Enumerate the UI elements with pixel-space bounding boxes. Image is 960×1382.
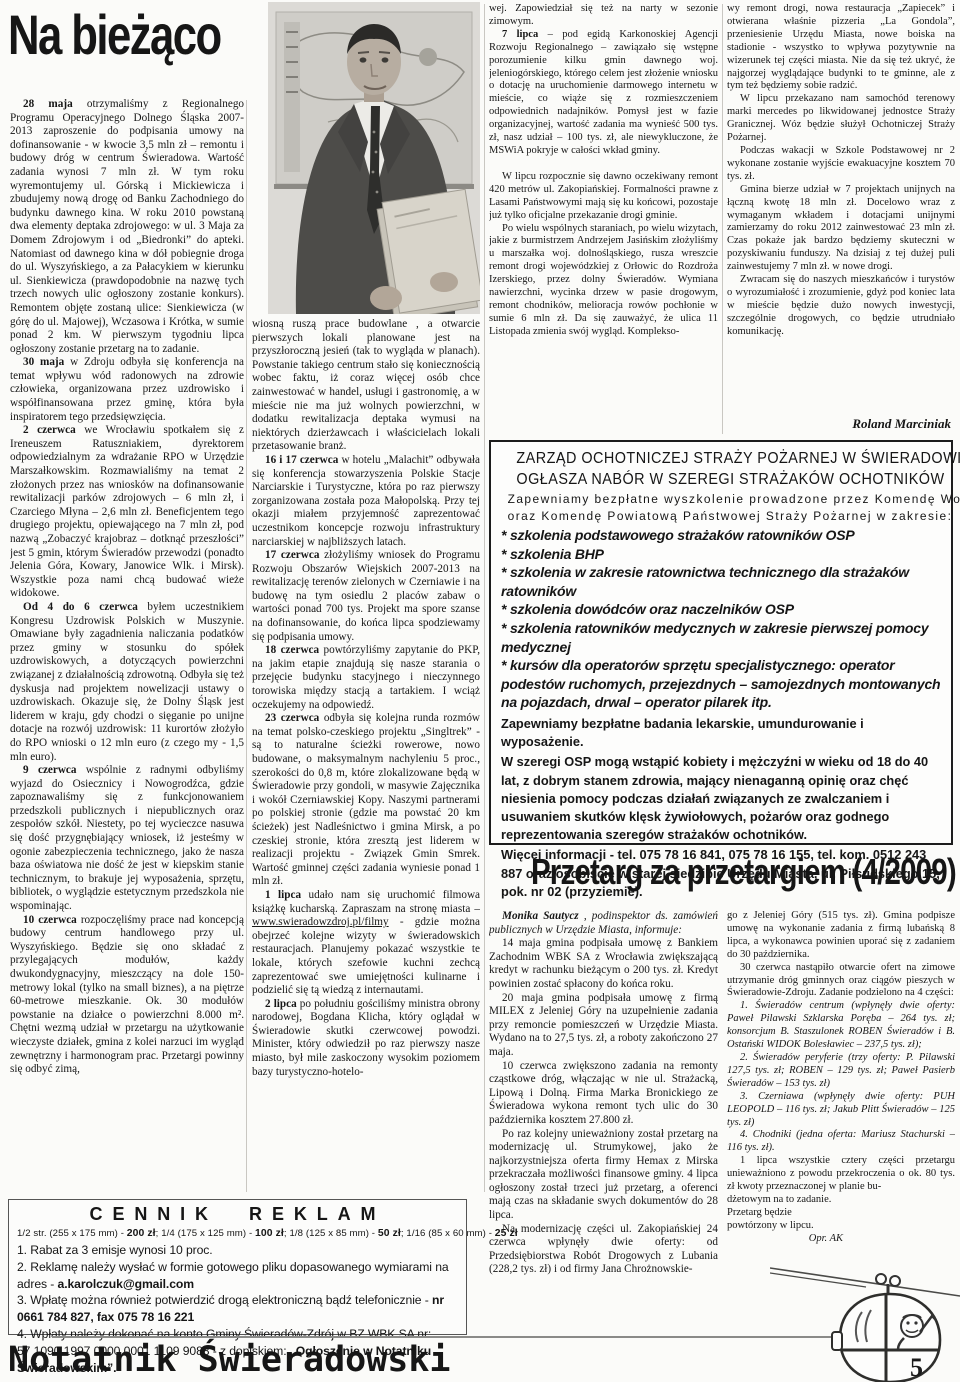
price-segment: ; 1/8 (125 x 85 mm) - [284, 1228, 378, 1239]
osp-training-list: * szkolenia podstawowego strażaków ratow… [501, 526, 941, 712]
article-column-1: 28 maja otrzymaliśmy z Regionalnego Prog… [10, 98, 244, 1194]
inline-link[interactable]: www.swieradowzdroj.pl/filmy [252, 916, 389, 928]
passenger-head [901, 1315, 923, 1337]
price-segment: 50 zł [378, 1228, 401, 1239]
paragraph: 1 lipca wszystkie cztery części przetarg… [727, 1155, 955, 1194]
paragraph: * szkolenia w zakresie ratownictwa techn… [501, 563, 941, 600]
paragraph: 1. Rabat za 3 emisje wynosi 10 proc. [17, 1242, 458, 1259]
paragraph: * szkolenia ratowników medycznych w zakr… [501, 619, 941, 656]
paragraph: 30 czerwca nastąpiło otwarcie ofert na z… [727, 962, 955, 1001]
paragraph: wy remont drogi, nowa restauracja „Zapie… [727, 3, 955, 93]
paragraph: 1. Świeradów centrum (wpłynęły dwie ofer… [727, 1000, 955, 1052]
photo-illustration [268, 2, 480, 314]
price-segment: ; 1/4 (175 x 125 mm) - [156, 1228, 255, 1239]
paragraph: 3. Czerniawa (wpłynęły dwie oferty: PUH … [727, 1091, 955, 1130]
newspaper-name: Notatnik Świeradowski [8, 1340, 451, 1380]
osp-intro-line-1: Zapewniamy bezpłatne wyszkolenie prowadz… [508, 492, 935, 506]
paragraph: 2 czerwca we Wrocławiu spotkałem się z I… [10, 424, 244, 601]
price-segment: 1/2 str. (255 x 175 mm) - [17, 1228, 127, 1239]
paragraph: * kursów dla operatorów sprzętu specjali… [501, 656, 941, 712]
paragraph: 16 i 17 czerwca w hotelu „Malachit” odby… [252, 454, 480, 549]
article-column-3: wej. Zapowiedział się też na narty w sez… [489, 3, 718, 437]
paragraph: Monika Sautycz , podinspektor ds. zamówi… [489, 910, 718, 937]
hand [370, 286, 402, 310]
paragraph: * szkolenia BHP [501, 545, 941, 564]
gondola-cartoon: 5 [770, 1262, 960, 1382]
paragraph: Po raz kolejny unieważniony został przet… [489, 1128, 718, 1223]
paragraph: Opr. AK [727, 1233, 847, 1246]
paragraph: Gmina bierze udział w 7 projektach unijn… [727, 184, 955, 274]
price-segment: 25 zł [495, 1228, 518, 1239]
price-segment: 100 zł [255, 1228, 284, 1239]
paragraph: Podczas wakacji w Szkole Podstawowej nr … [727, 145, 955, 184]
ad-price-list-title: CENNIK REKLAM [17, 1204, 458, 1225]
paragraph: 23 czerwca odbyła się kolejna runda rozm… [252, 712, 480, 889]
photo-official-with-documents [268, 2, 480, 314]
article-column-2: wiosną ruszą prace budowlane , a otwarci… [252, 318, 480, 1196]
paragraph: Od 4 do 6 czerwca byłem uczestnikiem Kon… [10, 601, 244, 764]
osp-intro-line-2: oraz Komendę Powiatową Państwowej Straży… [508, 509, 935, 523]
price-segment: ; 1/16 (85 x 60 mm) - [401, 1228, 495, 1239]
page-number: 5 [910, 1353, 923, 1382]
osp-recruitment-notice: ZARZĄD OCHOTNICZEJ STRAŻY POŻARNEJ W ŚWI… [489, 440, 953, 845]
paragraph: 4. Chodniki (jedna oferta: Mariusz Stach… [727, 1129, 955, 1155]
page-title: Na bieżąco [8, 2, 221, 67]
paragraph: 14 maja gmina podpisała umowę z Bankiem … [489, 937, 718, 991]
cable-wheel [876, 1274, 886, 1284]
paragraph: W lipcu przekazano nam samochód terenowy… [727, 93, 955, 145]
paragraph: Zapewniamy bezpłatne badania lekarskie, … [501, 715, 941, 751]
article-column-4: wy remont drogi, nowa restauracja „Zapie… [727, 3, 955, 415]
paragraph: 10 czerwca zwiększono zadania na remonty… [489, 1060, 718, 1128]
column-divider [722, 4, 723, 434]
paragraph: 17 czerwca złożyliśmy wniosek do Program… [252, 549, 480, 644]
paragraph: 20 maja gmina podpisała umowę z firmą MI… [489, 992, 718, 1060]
paragraph: Zwracam się do naszych mieszkańców i tur… [727, 274, 955, 339]
paragraph: * szkolenia podstawowego strażaków ratow… [501, 526, 941, 545]
paragraph: wiosną ruszą prace budowlane , a otwarci… [252, 318, 480, 454]
paragraph: 2 lipca po południu gościliśmy ministra … [252, 998, 480, 1080]
gondola-body [840, 1294, 940, 1382]
paragraph: 1 lipca udało nam się uruchomić filmowa … [252, 889, 480, 998]
paragraph: dżetowym na to zadanie. Przetarg będzie … [727, 1194, 843, 1233]
cable-line [770, 1268, 960, 1296]
price-segment: 200 zł [127, 1228, 156, 1239]
osp-title-line-1: ZARZĄD OCHOTNICZEJ STRAŻY POŻARNEJ W ŚWI… [516, 450, 925, 468]
column-divider [484, 4, 485, 1192]
newspaper-page: Na bieżąco 28 maja otrzymaliśmy z Region… [0, 0, 960, 1382]
paragraph: W lipcu rozpocznie się dawno oczekiwany … [489, 171, 718, 223]
paragraph: Na modernizację części ul. Zakopiańskiej… [489, 1223, 718, 1277]
column-divider [246, 100, 247, 1192]
ad-price-line: 1/2 str. (255 x 175 mm) - 200 zł; 1/4 (1… [17, 1228, 458, 1239]
tender-article-title: Przetarg za przetargiem (4/2009) [531, 851, 913, 893]
cable-wheel [890, 1276, 900, 1286]
paragraph: 30 maja w Zdroju odbyła się konferencja … [10, 356, 244, 424]
paragraph: 9 czerwca wspólnie z radnymi odbyliśmy w… [10, 764, 244, 914]
paragraph: 28 maja otrzymaliśmy z Regionalnego Prog… [10, 98, 244, 356]
paragraph: * szkolenia dowódców oraz naczelników OS… [501, 600, 941, 619]
author-signature: Roland Marciniak [727, 416, 951, 432]
paragraph: 2. Reklamę należy wysłać w formie gotowe… [17, 1259, 458, 1293]
paragraph: 7 lipca – pod egidą Karkonoskiej Agencji… [489, 29, 718, 158]
osp-title-line-2: OGŁASZA NABÓR W SZEREGI STRAŻAKÓW OCHOTN… [516, 471, 925, 489]
paragraph: W szeregi OSP mogą wstąpić kobiety i męż… [501, 753, 941, 844]
ad-price-list-box: CENNIK REKLAM 1/2 str. (255 x 175 mm) - … [8, 1199, 467, 1335]
paragraph: 3. Wpłatę można również potwierdzić drog… [17, 1292, 458, 1326]
tender-column-left: Monika Sautycz , podinspektor ds. zamówi… [489, 910, 718, 1340]
paragraph: 10 czerwca rozpoczęliśmy prace nad konce… [10, 914, 244, 1077]
paragraph: 2. Świeradów peryferie (trzy oferty: P. … [727, 1052, 955, 1091]
paragraph: wej. Zapowiedział się też na narty w sez… [489, 3, 718, 29]
paragraph: Po wielu wspólnych staraniach, po wielu … [489, 223, 718, 339]
paragraph: go z Jeleniej Góry (515 tys. zł). Gmina … [727, 910, 955, 962]
hand [430, 272, 458, 292]
footer-divider [52, 1336, 858, 1338]
paragraph: 18 czerwca powtórzyliśmy zapytanie do PK… [252, 644, 480, 712]
